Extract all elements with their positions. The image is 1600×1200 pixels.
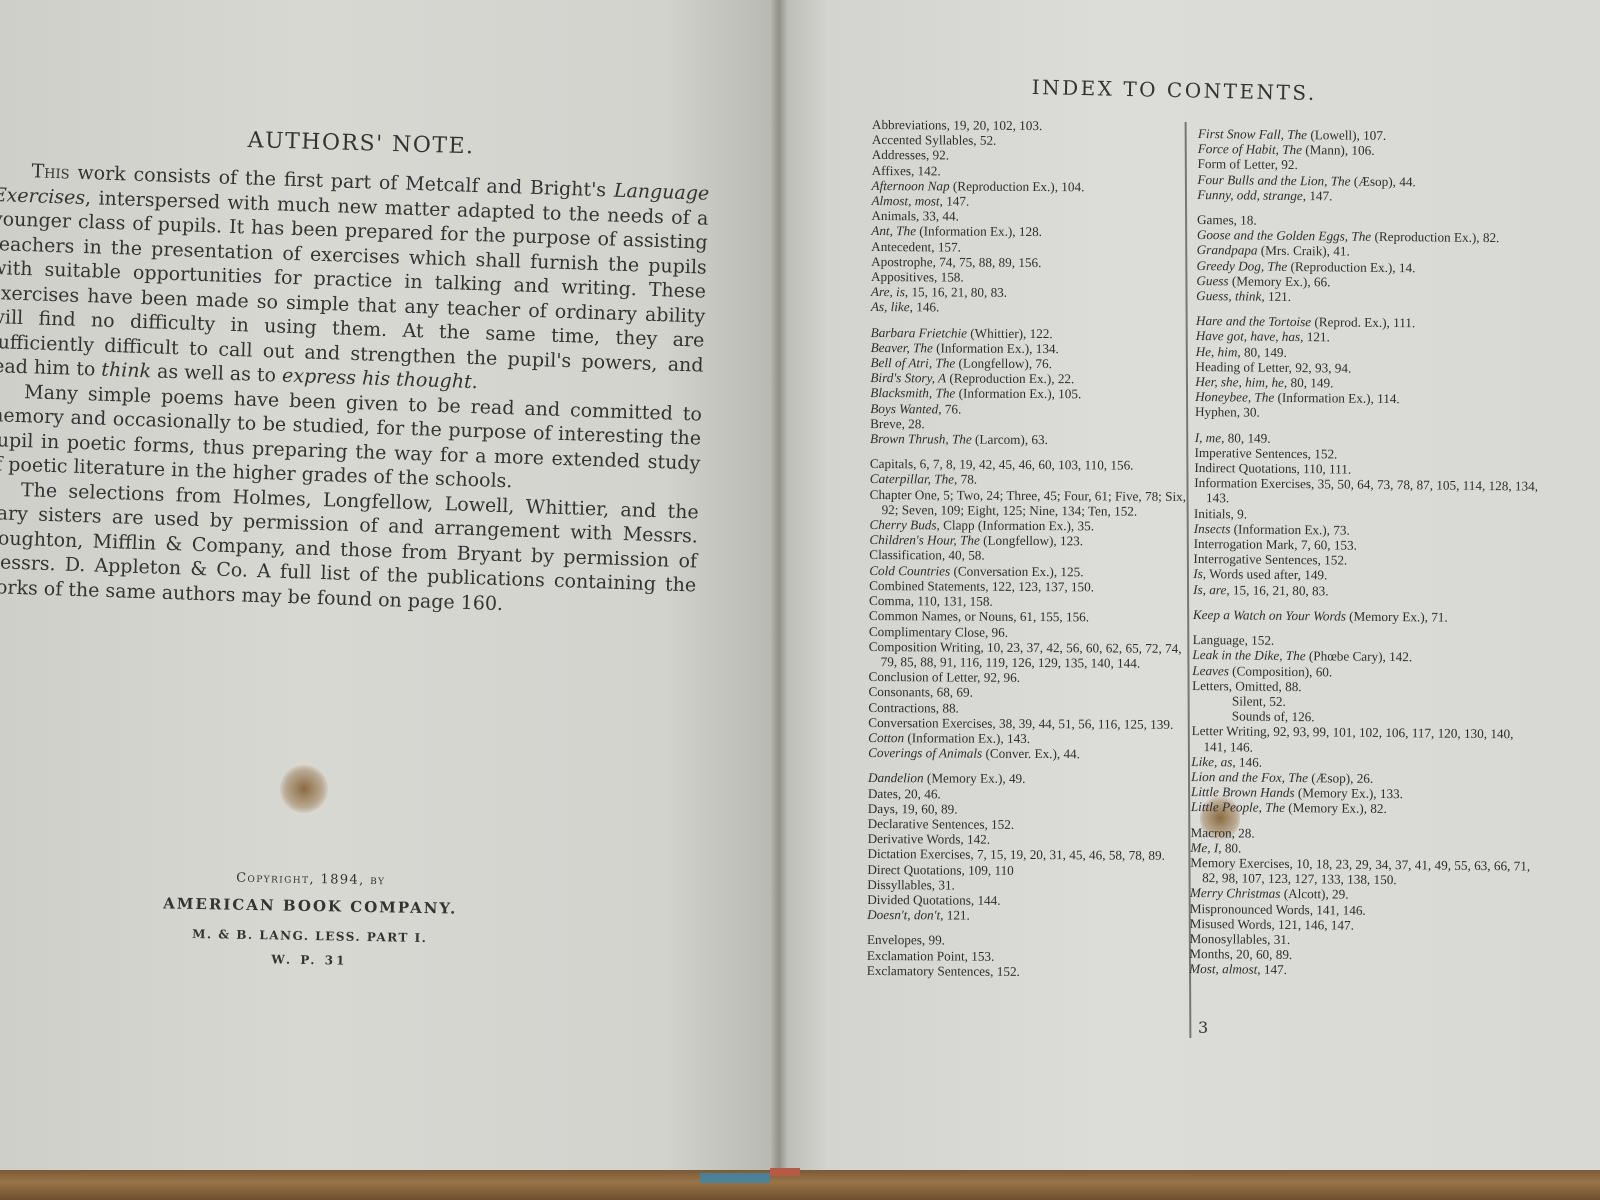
entry-title-italic: Bird's Story, A [870, 370, 946, 385]
index-entry: Composition Writing, 10, 23, 37, 42, 56,… [869, 639, 1199, 671]
entry-pages: (Composition), 60. [1229, 663, 1332, 679]
edition-line: M. & B. LANG. LESS. PART I. [160, 926, 460, 945]
entry-pages: Information Exercises, 35, 50, 64, 73, 7… [1194, 475, 1538, 506]
entry-pages: Games, 18. [1197, 212, 1257, 228]
entry-pages: Interrogative Sentences, 152. [1193, 551, 1347, 568]
entry-title-italic: As, like [871, 299, 910, 314]
entry-title-italic: Insects [1194, 521, 1231, 536]
entry-pages: (Conver. Ex.), 44. [982, 746, 1080, 762]
entry-pages: Appositives, 158. [871, 269, 964, 285]
entry-title-italic: Me, I [1190, 840, 1218, 855]
entry-pages: (Memory Ex.), 66. [1229, 273, 1331, 289]
entry-pages: Derivative Words, 142. [868, 831, 991, 847]
entry-pages: Affixes, 142. [872, 163, 941, 178]
entry-pages: , 80. [1218, 840, 1241, 855]
entry-pages: , 147. [1303, 188, 1333, 203]
entry-title-italic: Caterpillar, The [870, 471, 954, 487]
entry-title-italic: Goose and the Golden Eggs, The [1197, 227, 1372, 244]
entry-pages: Letter Writing, 92, 93, 99, 101, 102, 10… [1192, 723, 1514, 754]
book-gutter [770, 0, 788, 1172]
entry-pages: (Alcott), 29. [1280, 886, 1348, 902]
entry-pages: Capitals, 6, 7, 8, 19, 42, 45, 46, 60, 1… [870, 456, 1134, 473]
entry-title-italic: Are, is [871, 284, 905, 299]
index-column-right: First Snow Fall, The (Lowell), 107.Force… [1189, 126, 1543, 980]
cover-edge [770, 1168, 800, 1176]
entry-title-italic: Force of Habit, The [1198, 141, 1302, 157]
index-entry: Exclamatory Sentences, 152. [867, 963, 1197, 980]
entry-pages: Envelopes, 99. [867, 932, 945, 947]
entry-title-italic: Cotton [868, 730, 904, 745]
small-caps-lead: This [31, 160, 70, 183]
entry-pages: , 80, 149. [1237, 344, 1287, 360]
entry-pages: , 78. [954, 472, 977, 487]
entry-pages: , 121. [1261, 289, 1291, 304]
entry-pages: Letters, Omitted, 88. [1192, 678, 1302, 694]
entry-pages: Animals, 33, 44. [871, 208, 959, 224]
entry-title-italic: Hare and the Tortoise [1196, 313, 1311, 329]
entry-pages: Dissyllables, 31. [867, 877, 955, 893]
entry-pages: Conversation Exercises, 38, 39, 44, 51, … [868, 715, 1173, 732]
entry-pages: Months, 20, 60, 89. [1189, 946, 1292, 962]
entry-pages: (Larcom), 63. [972, 432, 1048, 447]
entry-pages: Breve, 28. [870, 416, 925, 431]
entry-pages: Complimentary Close, 96. [869, 623, 1008, 639]
entry-pages: (Conversation Ex.), 125. [950, 563, 1083, 579]
entry-pages: (Memory Ex.), 133. [1295, 785, 1404, 801]
entry-pages: Addresses, 92. [872, 147, 949, 162]
entry-title-italic: Is [1193, 566, 1203, 581]
entry-title-italic: Afternoon Nap [872, 178, 950, 193]
entry-pages: Direct Quotations, 109, 110 [867, 862, 1013, 878]
entry-pages: (Information Ex.), 73. [1230, 521, 1350, 537]
entry-pages: Language, 152. [1193, 632, 1275, 648]
entry-title-italic: Doesn't, don't [867, 907, 940, 922]
entry-title-italic: Merry Christmas [1190, 885, 1281, 901]
entry-pages: (Information Ex.), 143. [904, 730, 1030, 746]
entry-pages: (Longfellow), 123. [980, 533, 1083, 549]
entry-pages: Comma, 110, 131, 158. [869, 593, 993, 609]
entry-title-italic: Her, she, him, he [1195, 374, 1284, 390]
entry-pages: Divided Quotations, 144. [867, 892, 1000, 908]
entry-pages: (Æsop), 44. [1350, 173, 1415, 189]
entry-pages: (Phœbe Cary), 142. [1306, 648, 1413, 664]
entry-pages: (Reprod. Ex.), 111. [1311, 314, 1415, 330]
entry-title-italic: Blacksmith, The [870, 385, 955, 401]
entry-title-italic: Almost, most [871, 193, 939, 208]
entry-pages: , Clapp (Information Ex.), 35. [937, 517, 1095, 533]
entry-title-italic: Dandelion [868, 770, 924, 785]
page-number: 3 [1198, 1018, 1208, 1037]
entry-pages: , 146. [910, 300, 940, 315]
entry-pages: Exclamatory Sentences, 152. [867, 963, 1020, 979]
entry-pages: (Reproduction Ex.), 104. [950, 178, 1085, 194]
index-entry: Coverings of Animals (Conver. Ex.), 44. [868, 745, 1198, 762]
entry-pages: , 80, 149. [1221, 430, 1271, 446]
entry-pages: Hyphen, 30. [1195, 404, 1260, 420]
entry-title-italic: Cherry Buds [869, 517, 936, 532]
entry-pages: Declarative Sentences, 152. [868, 816, 1015, 832]
index-entry: Doesn't, don't, 121. [867, 907, 1197, 924]
entry-pages: Apostrophe, 74, 75, 88, 89, 156. [871, 254, 1041, 270]
printing-code: W. P. 31 [159, 950, 459, 969]
entry-title-italic: Lion and the Fox, The [1191, 769, 1308, 785]
entry-title-italic: Beaver, The [871, 340, 933, 355]
entry-title-italic: Greedy Dog, The [1196, 258, 1287, 274]
text-run: as well as to [151, 360, 283, 386]
note-paragraph: This work consists of the first part of … [0, 158, 710, 402]
entry-pages: (Memory Ex.), 71. [1346, 608, 1448, 624]
entry-pages: (Longfellow), 76. [955, 356, 1052, 372]
note-paragraph: The selections from Holmes, Longfellow, … [0, 476, 699, 622]
entry-pages: Contractions, 88. [868, 700, 959, 716]
entry-pages: Abbreviations, 19, 20, 102, 103. [872, 117, 1042, 133]
entry-title-italic: Little Brown Hands [1191, 784, 1295, 800]
entry-pages: , Words used after, 149. [1203, 567, 1328, 583]
table-surface [0, 1170, 1600, 1200]
index-entry: Chapter One, 5; Two, 24; Three, 45; Four… [870, 487, 1200, 519]
entry-pages: Composition Writing, 10, 23, 37, 42, 56,… [869, 639, 1182, 671]
entry-pages: Antecedent, 157. [871, 239, 961, 255]
entry-pages: Monosyllables, 31. [1189, 931, 1290, 947]
entry-pages: Form of Letter, 92. [1198, 156, 1298, 172]
entry-pages: (Information Ex.), 128. [916, 224, 1042, 240]
entry-pages: (Information Ex.), 105. [955, 386, 1081, 402]
entry-pages: (Mann), 106. [1302, 142, 1375, 158]
entry-pages: (Information Ex.), 134. [933, 340, 1059, 356]
entry-pages: , 121. [1300, 330, 1330, 345]
entry-title-italic: Bell of Atri, The [870, 355, 955, 371]
index-entry: Brown Thrush, The (Larcom), 63. [870, 431, 1200, 448]
entry-title-italic: First Snow Fall, The [1198, 126, 1307, 142]
entry-title-italic: Leaves [1192, 662, 1229, 677]
entry-pages: (Reproduction Ex.), 82. [1371, 229, 1499, 245]
entry-pages: Interrogation Mark, 7, 60, 153. [1194, 536, 1357, 553]
entry-pages: (Lowell), 107. [1307, 127, 1386, 143]
entry-pages: , 147. [1257, 962, 1287, 977]
entry-pages: (Information Ex.), 114. [1274, 390, 1400, 406]
entry-pages: Heading of Letter, 92, 93, 94. [1195, 359, 1351, 376]
copyright-block: Copyright, 1894, by AMERICAN BOOK COMPAN… [159, 869, 461, 979]
entry-title-italic: Have got, have, has [1196, 328, 1301, 344]
publisher-name: AMERICAN BOOK COMPANY. [160, 894, 460, 917]
entry-pages: , 15, 16, 21, 80, 83. [905, 284, 1007, 300]
entry-pages: Indirect Quotations, 110, 111. [1194, 460, 1351, 477]
cover-edge [700, 1173, 770, 1183]
entry-title-italic: Little People, The [1191, 799, 1285, 815]
entry-pages: Dictation Exercises, 7, 15, 19, 20, 31, … [867, 846, 1165, 863]
entry-pages: Classification, 40, 58. [869, 547, 984, 563]
entry-title-italic: Is, are [1193, 582, 1226, 597]
entry-pages: Misused Words, 121, 146, 147. [1190, 916, 1354, 933]
entry-title-italic: Funny, odd, strange [1197, 187, 1303, 203]
text-run: , interspersed with much new matter adap… [0, 187, 709, 381]
entry-title-italic: Boys Wanted [870, 401, 938, 416]
entry-pages: Common Names, or Nouns, 61, 155, 156. [869, 608, 1089, 624]
text-run: . [471, 371, 478, 393]
entry-pages: , 80, 149. [1284, 375, 1334, 391]
entry-pages: , 15, 16, 21, 80, 83. [1226, 582, 1328, 598]
entry-title-italic: Brown Thrush, The [870, 431, 972, 447]
entry-pages: Memory Exercises, 10, 18, 23, 29, 34, 37… [1190, 855, 1530, 887]
entry-pages: , 121. [940, 908, 970, 923]
entry-pages: Accented Syllables, 52. [872, 132, 997, 148]
entry-pages: (Reproduction Ex.), 14. [1287, 259, 1415, 275]
entry-title-italic: I, me [1195, 430, 1222, 445]
entry-pages: , 147. [940, 193, 970, 208]
entry-title-italic: Guess, think [1196, 288, 1261, 304]
entry-pages: (Æsop), 26. [1308, 770, 1373, 786]
entry-title-italic: Coverings of Animals [868, 745, 982, 761]
entry-pages: Macron, 28. [1191, 824, 1255, 840]
entry-pages: Combined Statements, 122, 123, 137, 150. [869, 578, 1094, 594]
open-book-spread: AUTHORS' NOTE. This work consists of the… [0, 0, 1600, 1200]
entry-pages: Initials, 9. [1194, 506, 1247, 522]
italic-text: think [101, 359, 151, 383]
entry-title-italic: Barbara Frietchie [871, 325, 967, 341]
entry-title-italic: Grandpapa [1197, 242, 1258, 258]
text-run: The selections from Holmes, Longfellow, … [0, 479, 699, 615]
index-entry: Memory Exercises, 10, 18, 23, 29, 34, 37… [1190, 855, 1535, 889]
index-entry: As, like, 146. [871, 299, 1201, 316]
entry-pages: (Reproduction Ex.), 22. [946, 371, 1074, 387]
entry-pages: Exclamation Point, 153. [867, 948, 995, 964]
entry-pages: Consonants, 68, 69. [868, 684, 972, 700]
index-entry: Information Exercises, 35, 50, 64, 73, 7… [1194, 475, 1539, 509]
entry-title-italic: Ant, The [871, 223, 916, 238]
entry-title-italic: Honeybee, The [1195, 389, 1274, 405]
entry-title-italic: Leak in the Dike, The [1192, 647, 1305, 663]
entry-pages: (Whittier), 122. [967, 325, 1053, 341]
entry-title-italic: Guess [1196, 273, 1228, 288]
entry-pages: Days, 19, 60, 89. [868, 801, 958, 817]
entry-pages: Imperative Sentences, 152. [1195, 445, 1338, 461]
entry-pages: (Memory Ex.), 82. [1285, 800, 1387, 816]
entry-title-italic: He, him [1196, 344, 1238, 359]
entry-pages: Silent, 52. [1232, 693, 1286, 709]
entry-title-italic: Like, as [1191, 754, 1232, 769]
entry-pages: Mispronounced Words, 141, 146. [1190, 901, 1366, 918]
entry-title-italic: Cold Countries [869, 563, 950, 578]
entry-pages: Sounds of, 126. [1232, 708, 1315, 724]
index-entry: Letter Writing, 92, 93, 99, 101, 102, 10… [1191, 723, 1536, 757]
entry-pages: Chapter One, 5; Two, 24; Three, 45; Four… [870, 487, 1186, 519]
entry-title-italic: Keep a Watch on Your Words [1193, 607, 1346, 624]
entry-pages: Dates, 20, 46. [868, 786, 941, 801]
entry-pages: Conclusion of Letter, 92, 96. [869, 669, 1021, 685]
entry-pages: , 146. [1232, 754, 1262, 769]
entry-title-italic: Children's Hour, The [869, 532, 979, 548]
index-column-left: Abbreviations, 19, 20, 102, 103.Accented… [867, 117, 1202, 980]
page-stain [280, 765, 328, 813]
entry-title-italic: Most, almost [1189, 961, 1257, 977]
entry-pages: (Mrs. Craik), 41. [1257, 243, 1349, 259]
entry-pages: , 76. [938, 401, 961, 416]
authors-note-body: This work consists of the first part of … [0, 158, 710, 622]
entry-pages: (Memory Ex.), 49. [924, 771, 1026, 787]
entry-title-italic: Four Bulls and the Lion, The [1197, 172, 1350, 189]
